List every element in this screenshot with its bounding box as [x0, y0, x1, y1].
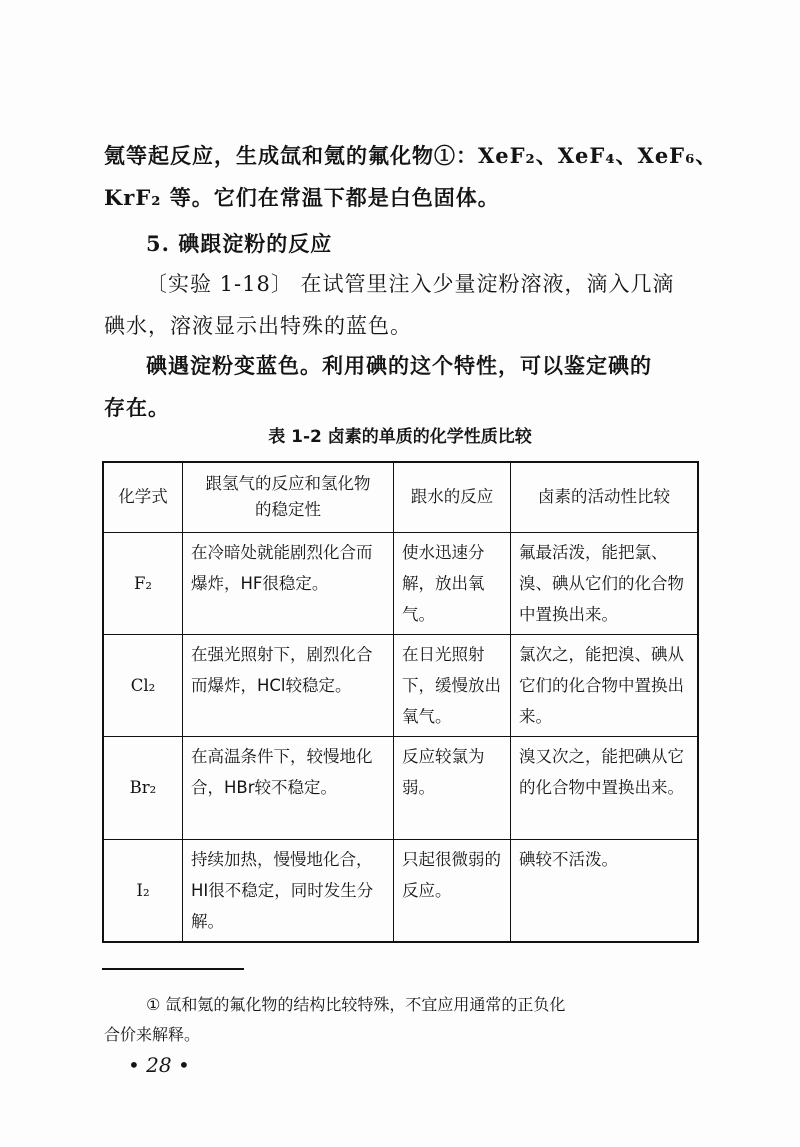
footnote-divider [102, 968, 244, 970]
halogen-comparison-table: 化学式 跟氢气的反应和氢化物的稳定性 跟水的反应 卤素的活动性比较 F₂ 在冷暗… [102, 461, 699, 943]
cell-formula: Cl₂ [103, 634, 183, 736]
cell-water: 反应较氯为弱。 [394, 736, 511, 839]
body-line-1: 氪等起反应，生成氙和氪的氟化物①：XeF₂、XeF₄、XeF₆、 [104, 140, 717, 170]
table-header-row: 化学式 跟氢气的反应和氢化物的稳定性 跟水的反应 卤素的活动性比较 [103, 462, 698, 532]
header-water-reaction: 跟水的反应 [394, 462, 511, 532]
cell-water: 使水迅速分解，放出氧气。 [394, 532, 511, 634]
cell-activity: 溴又次之，能把碘从它的化合物中置换出来。 [511, 736, 699, 839]
footnote-line-2: 合价来解释。 [104, 1022, 200, 1045]
experiment-line-1: 〔实验 1-18〕 在试管里注入少量淀粉溶液，滴入几滴 [146, 268, 675, 298]
cell-hydrogen: 在强光照射下，剧烈化合而爆炸，HCl较稳定。 [183, 634, 394, 736]
cell-activity: 氟最活泼，能把氯、溴、碘从它们的化合物中置换出来。 [511, 532, 699, 634]
cell-hydrogen: 在高温条件下，较慢地化合，HBr较不稳定。 [183, 736, 394, 839]
page-number: • 28 • [128, 1053, 190, 1077]
paragraph-line-1: 碘遇淀粉变蓝色。利用碘的这个特性，可以鉴定碘的 [146, 350, 652, 380]
table-caption: 表 1-2 卤素的单质的化学性质比较 [0, 422, 800, 447]
table-row: F₂ 在冷暗处就能剧烈化合而爆炸，HF很稳定。 使水迅速分解，放出氧气。 氟最活… [103, 532, 698, 634]
footnote-line-1: ① 氙和氪的氟化物的结构比较特殊，不宜应用通常的正负化 [146, 992, 565, 1015]
table-row: I₂ 持续加热，慢慢地化合，HI很不稳定，同时发生分解。 只起很微弱的反应。 碘… [103, 839, 698, 942]
cell-formula: F₂ [103, 532, 183, 634]
cell-hydrogen: 在冷暗处就能剧烈化合而爆炸，HF很稳定。 [183, 532, 394, 634]
table-row: Cl₂ 在强光照射下，剧烈化合而爆炸，HCl较稳定。 在日光照射下，缓慢放出氧气… [103, 634, 698, 736]
experiment-line-2: 碘水，溶液显示出特殊的蓝色。 [104, 310, 412, 340]
header-hydrogen-reaction: 跟氢气的反应和氢化物的稳定性 [183, 462, 394, 532]
cell-formula: I₂ [103, 839, 183, 942]
cell-hydrogen: 持续加热，慢慢地化合，HI很不稳定，同时发生分解。 [183, 839, 394, 942]
cell-water: 只起很微弱的反应。 [394, 839, 511, 942]
cell-formula: Br₂ [103, 736, 183, 839]
header-formula: 化学式 [103, 462, 183, 532]
section-heading: 5. 碘跟淀粉的反应 [146, 228, 332, 258]
cell-activity: 碘较不活泼。 [511, 839, 699, 942]
paragraph-line-2: 存在。 [104, 392, 170, 422]
body-line-2: KrF₂ 等。它们在常温下都是白色固体。 [104, 182, 500, 212]
cell-activity: 氯次之，能把溴、碘从它们的化合物中置换出来。 [511, 634, 699, 736]
cell-water: 在日光照射下，缓慢放出氧气。 [394, 634, 511, 736]
header-activity: 卤素的活动性比较 [511, 462, 699, 532]
table-row: Br₂ 在高温条件下，较慢地化合，HBr较不稳定。 反应较氯为弱。 溴又次之，能… [103, 736, 698, 839]
